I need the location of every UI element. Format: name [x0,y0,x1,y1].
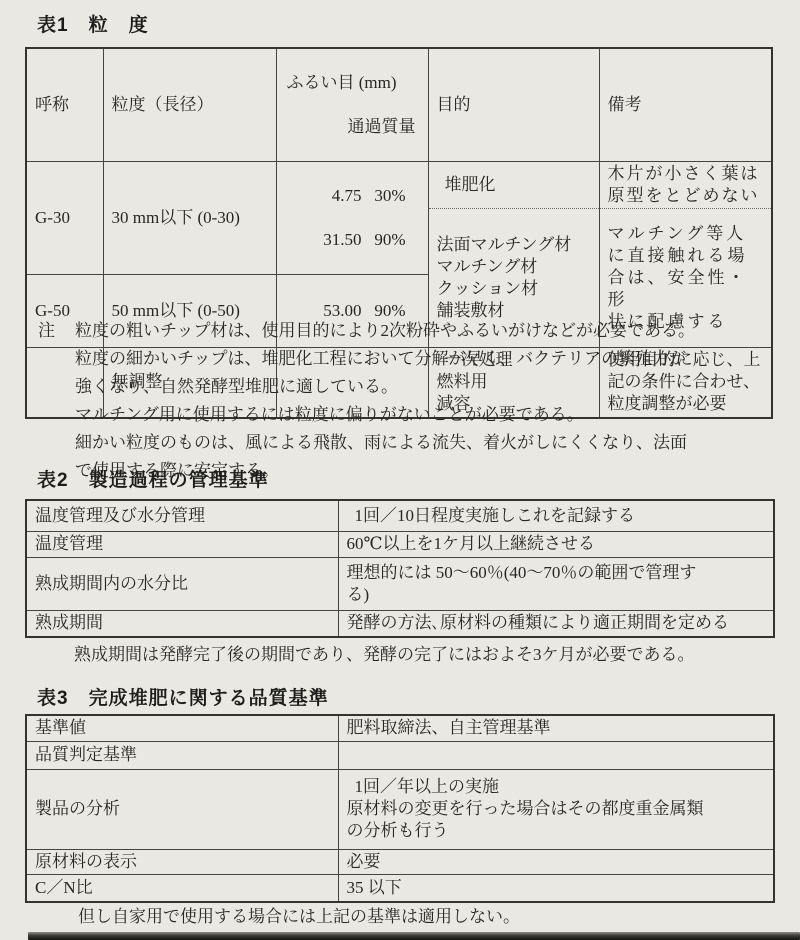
t3-row2-value: 1回／年以上の実施 原材料の変更を行った場合はその都度重金属類 の分析も行う [338,769,774,849]
t2-row3-label: 熟成期間 [26,610,338,637]
table-row: 温度管理 60℃以上を1ケ月以上継続させる [26,531,774,557]
table2-title: 表2 製造過程の管理基準 [37,465,269,492]
table-row: 原材料の表示 必要 [26,849,774,874]
t3-row3-value: 必要 [338,849,774,874]
table1-header-purpose: 目的 [428,48,599,162]
t2-row2-value: 理想的には 50～60％(40～70％の範囲で管理す る) [338,557,774,610]
t3-row2-label: 製品の分析 [26,769,338,849]
table1-header-sieve-line2: 通過質量 [285,116,420,138]
table-row: 基準値 肥料取締法、自主管理基準 [26,715,774,741]
t2-row2-label: 熟成期間内の水分比 [26,557,338,610]
table-row: C／N比 35 以下 [26,874,774,902]
table-row: 品質判定基準 [26,741,774,769]
sieve-pass: 30% [362,185,406,207]
table1-title: 表1 粒 度 [37,10,149,37]
sieve-mesh: 31.50 [310,229,362,251]
t3-row1-label: 品質判定基準 [26,741,338,769]
t2-row0-label: 温度管理及び水分管理 [26,500,338,531]
note-text: 粒度の粗いチップ材は、使用目的により2次粉砕やふるいがけなどが必要である。 粒度… [75,317,775,485]
table3-footnote: 但し自家用で使用する場合には上記の基準は適用しない。 [78,905,520,929]
cell-g30-size: 30 mm以下 (0-30) [103,162,276,275]
t3-row4-value: 35 以下 [338,874,774,902]
sieve-mesh: 4.75 [310,185,362,207]
table-row: 熟成期間内の水分比 理想的には 50～60％(40～70％の範囲で管理す る) [26,557,774,610]
t3-row3-label: 原材料の表示 [26,849,338,874]
table1-header-sieve: ふるい目 (mm) 通過質量 [276,48,428,162]
t2-row3-value: 発酵の方法､原材料の種類により適正期間を定める [338,610,774,637]
table-row: 熟成期間 発酵の方法､原材料の種類により適正期間を定める [26,610,774,637]
table1-row-g30-upper: G-30 30 mm以下 (0-30) 4.75 30% 31.50 90% 堆… [26,162,772,209]
cell-purpose-composting: 堆肥化 [428,162,599,209]
quality-standard-table: 基準値 肥料取締法、自主管理基準 品質判定基準 製品の分析 1回／年以上の実施 … [25,714,775,903]
t3-row1-value-empty [338,741,774,769]
table1-header-size: 粒度（長径） [103,48,276,162]
t2-row0-value: 1回／10日程度実施しこれを記録する [338,500,774,531]
table-row: 製品の分析 1回／年以上の実施 原材料の変更を行った場合はその都度重金属類 の分… [26,769,774,849]
process-control-table: 温度管理及び水分管理 1回／10日程度実施しこれを記録する 温度管理 60℃以上… [25,499,775,638]
sieve-row: 31.50 90% [285,229,420,251]
table1-header-row: 呼称 粒度（長径） ふるい目 (mm) 通過質量 目的 備考 [26,48,772,162]
t2-row1-label: 温度管理 [26,531,338,557]
t3-row4-label: C／N比 [26,874,338,902]
table-row: 温度管理及び水分管理 1回／10日程度実施しこれを記録する [26,500,774,531]
table1-note: 注 粒度の粗いチップ材は、使用目的により2次粉砕やふるいがけなどが必要である。 … [38,317,775,485]
scanned-document-page: { "colors": { "paper": "#eae8e2", "ink":… [0,0,800,940]
table1-header-sieve-line1: ふるい目 (mm) [285,72,420,94]
table3-title: 表3 完成堆肥に関する品質基準 [37,683,329,710]
cell-g30-sieve: 4.75 30% 31.50 90% [276,162,428,275]
scan-edge-shadow [28,932,800,940]
table2-footnote: 熟成期間は発酵完了後の期間であり、発酵の完了にはおよそ3ケ月が必要である。 [74,643,695,667]
cell-remarks-composting: 木片が小さく葉は 原型をとどめない [599,162,772,209]
t3-row0-label: 基準値 [26,715,338,741]
t3-row0-value: 肥料取締法、自主管理基準 [338,715,774,741]
t2-row1-value: 60℃以上を1ケ月以上継続させる [338,531,774,557]
sieve-row: 4.75 30% [285,185,420,207]
note-label: 注 [38,317,75,485]
table1-header-remarks: 備考 [599,48,772,162]
cell-g30-name: G-30 [26,162,103,275]
table1-header-name: 呼称 [26,48,103,162]
sieve-pass: 90% [362,229,406,251]
